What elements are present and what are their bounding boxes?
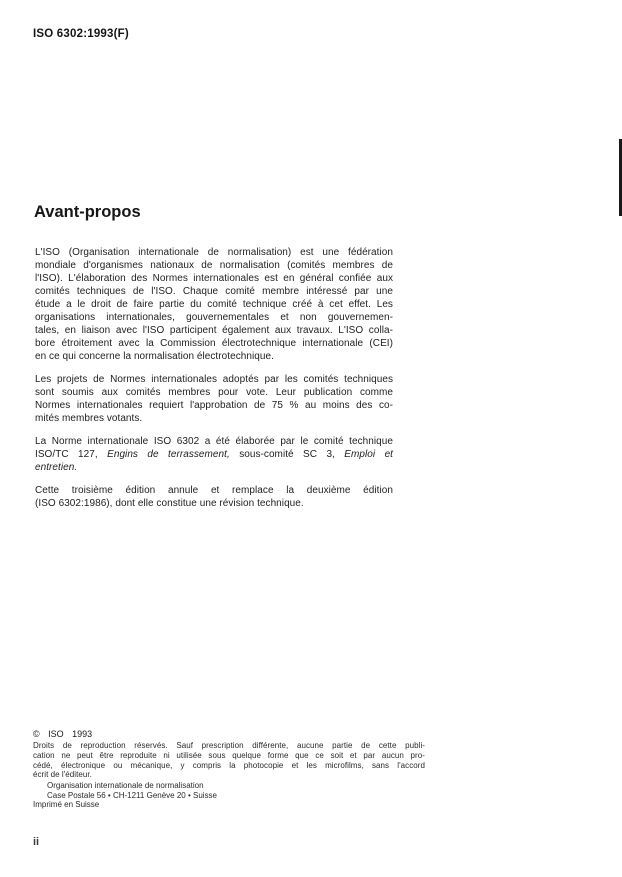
text-line: ISO/TC 127, Engins de terrassement, sous… (35, 448, 393, 461)
text-line: étude a le droit de faire partie du comi… (35, 298, 393, 311)
text-line: bore étroitement avec la Commission élec… (35, 337, 393, 350)
text-line: sont soumis aux comités membres pour vot… (35, 386, 393, 399)
text-line: (ISO 6302:1986), dont elle constitue une… (35, 497, 393, 510)
text-line: mondiale d'organismes nationaux de norma… (35, 259, 393, 272)
text-line: Normes internationales requiert l'approb… (35, 399, 393, 412)
page-number: ii (33, 836, 39, 848)
text-line: cédé, électronique ou mécanique, y compr… (33, 761, 425, 771)
text-line: Case Postale 56 • CH-1211 Genève 20 • Su… (47, 791, 425, 801)
text-line: mités membres votants. (35, 412, 393, 425)
text-line: comités techniques de l'ISO. Chaque comi… (35, 285, 393, 298)
text-line: écrit de l'éditeur. (33, 770, 425, 780)
imprint-block: © ISO 1993 Droits de reproduction réserv… (33, 729, 425, 810)
text-line: tales, en liaison avec l'ISO participent… (35, 324, 393, 337)
organization-address: Organisation internationale de normalisa… (47, 781, 425, 800)
text-line: L'ISO (Organisation internationale de no… (35, 246, 393, 259)
text-line: organisations internationales, gouvernem… (35, 311, 393, 324)
document-reference-header: ISO 6302:1993(F) (33, 28, 129, 40)
text-line: Organisation internationale de normalisa… (47, 781, 425, 791)
text-line: en ce qui concerne la normalisation élec… (35, 350, 393, 363)
text-line: l'ISO). L'élaboration des Normes interna… (35, 272, 393, 285)
paragraph: Les projets de Normes internationales ad… (35, 373, 393, 425)
reproduction-notice: Droits de reproduction réservés. Sauf pr… (33, 741, 425, 780)
text-line: Les projets de Normes internationales ad… (35, 373, 393, 386)
paragraph: L'ISO (Organisation internationale de no… (35, 246, 393, 363)
copyright-line: © ISO 1993 (33, 729, 425, 740)
text-line: Droits de reproduction réservés. Sauf pr… (33, 741, 425, 751)
text-line: Cette troisième édition annule et rempla… (35, 484, 393, 497)
printed-in-line: Imprimé en Suisse (33, 800, 425, 810)
paragraph: Cette troisième édition annule et rempla… (35, 484, 393, 510)
paragraph: La Norme internationale ISO 6302 a été é… (35, 435, 393, 474)
section-title: Avant-propos (34, 203, 141, 222)
foreword-body: L'ISO (Organisation internationale de no… (35, 246, 393, 520)
text-line: La Norme internationale ISO 6302 a été é… (35, 435, 393, 448)
text-line: cation ne peut être reproduite ni utilis… (33, 751, 425, 761)
document-page: ISO 6302:1993(F) Avant-propos L'ISO (Org… (0, 0, 622, 877)
text-line: entretien. (35, 461, 393, 474)
